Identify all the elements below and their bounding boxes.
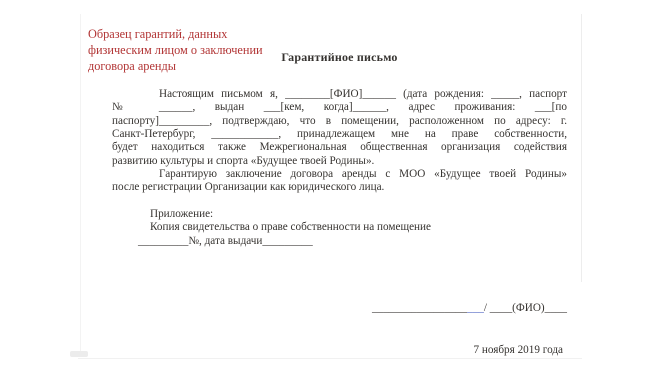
letter-title: Гарантийное письмо	[112, 50, 567, 65]
body-line: Гарантирую заключение договора аренды с …	[112, 168, 567, 181]
letter-date: 7 ноября 2019 года	[473, 344, 563, 357]
body-line: будет находиться также Межрегиональная о…	[112, 141, 567, 154]
attachment-section: Приложение: Копия свидетельства о праве …	[150, 208, 567, 248]
signature-blank: _________________	[372, 302, 467, 314]
signature-line: ____________________/ ____(ФИО)____	[372, 302, 567, 315]
body-line: Настоящим письмом я, ________[ФИО]______…	[112, 88, 567, 101]
page-edge-right	[581, 14, 582, 282]
body-line: Санкт-Петербург, ____________, принадлеж…	[112, 128, 567, 141]
body-line: развитию культуры и спорта «Будущее твое…	[112, 155, 567, 168]
body-line: № ______, выдан ___[кем, когда]______, а…	[112, 101, 567, 114]
document-page: Образец гарантий, данных физическим лицо…	[0, 0, 660, 384]
letter-body: Настоящим письмом я, ________[ФИО]______…	[112, 88, 567, 195]
page-edge-left	[80, 14, 81, 356]
attachment-item: Копия свидетельства о праве собственност…	[150, 221, 567, 234]
sample-note-line: Образец гарантий, данных	[88, 26, 288, 42]
body-line: после регистрации Организации как юридич…	[112, 181, 567, 194]
attachment-fill-line: _________№, дата выдачи_________	[138, 235, 567, 248]
page-edge-bottom	[78, 358, 582, 359]
signature-edited-blank: ___	[467, 302, 484, 314]
signature-name-blank: ____(ФИО)____	[487, 302, 567, 314]
attachment-heading: Приложение:	[150, 208, 567, 221]
scan-artifact	[70, 351, 88, 357]
body-line: паспорту]_________, подтверждаю, что в п…	[112, 115, 567, 128]
